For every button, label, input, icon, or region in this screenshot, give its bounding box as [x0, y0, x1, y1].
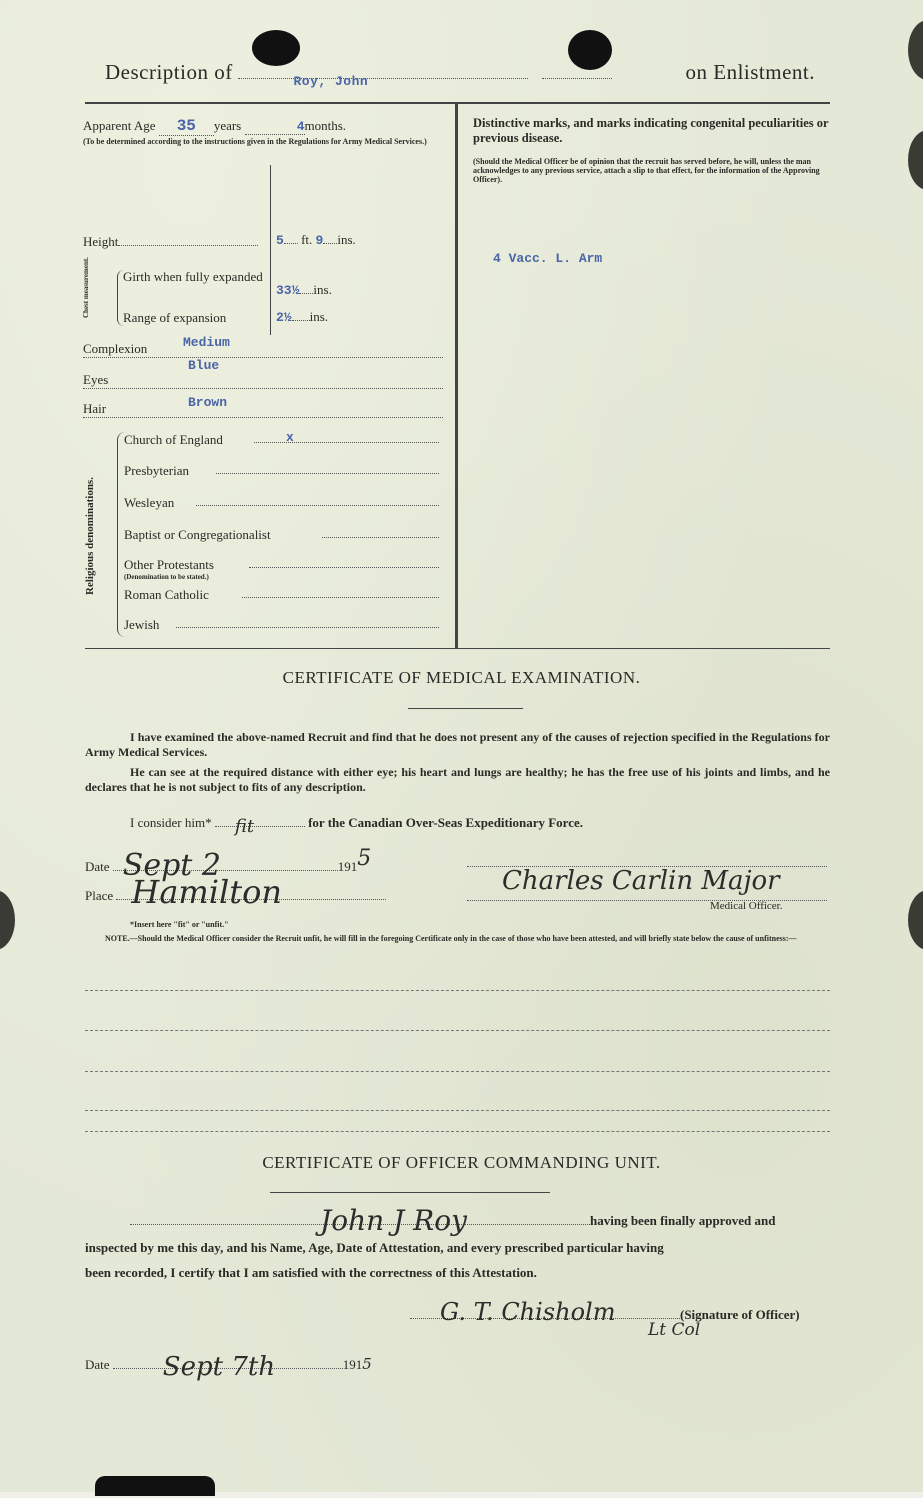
ink-blot [95, 1476, 215, 1496]
medical-officer-signature-line: Charles Carlin Major [467, 882, 827, 901]
marks-heading: Distinctive marks, and marks indicating … [473, 116, 833, 146]
age-years-value: 35 [177, 117, 196, 135]
religion-presbyterian: Presbyterian [124, 463, 439, 495]
fitness-row: I consider him* fit for the Canadian Ove… [130, 815, 583, 831]
age-note: (To be determined according to the instr… [83, 137, 443, 147]
religion-roman-catholic: Roman Catholic [124, 587, 439, 617]
girth-label: Girth when fully expanded [123, 268, 268, 285]
height-label: Height [83, 234, 268, 250]
religious-denominations-label: Religious denominations. [84, 475, 96, 595]
religion-list: Church of Englandx Presbyterian Wesleyan… [124, 432, 439, 637]
expansion-label: Range of expansion [123, 310, 226, 326]
medical-title-rule [408, 708, 523, 709]
chest-measurement-label: Chest measurement. [82, 263, 90, 318]
eyes-value: Blue [188, 358, 219, 373]
commanding-line-1: John J Royhaving been finally approved a… [130, 1213, 830, 1229]
binding-hole-1 [908, 20, 923, 80]
commanding-line-3: been recorded, I certify that I am satis… [85, 1265, 830, 1281]
medical-officer-title: Medical Officer. [710, 900, 783, 912]
medical-place-value: Hamilton [131, 873, 282, 911]
binding-hole-3 [0, 890, 15, 950]
unfitness-line-5[interactable] [85, 1131, 830, 1132]
marks-value: 4 Vacc. L. Arm [493, 251, 602, 266]
unfitness-line-3[interactable] [85, 1071, 830, 1072]
recruit-name: Roy, John [293, 74, 368, 89]
commanding-date-value: Sept 7th [163, 1352, 275, 1382]
medical-officer-signature: Charles Carlin Major [502, 866, 780, 896]
medical-para-1: I have examined the above-named Recruit … [85, 730, 830, 760]
religion-other-protestants: Other Protestants(Denomination to be sta… [124, 557, 439, 587]
hair-row: Hair Brown [83, 401, 443, 418]
unfitness-line-4[interactable] [85, 1110, 830, 1111]
religion-jewish: Jewish [124, 617, 439, 637]
age-months-value: 4 [297, 119, 305, 134]
girth-value: 33½ins. [276, 282, 332, 298]
marks-note: (Should the Medical Officer be of opinio… [473, 157, 828, 184]
medical-para-2: He can see at the required distance with… [85, 765, 830, 795]
commanding-signature-row: G. T. Chisholm(Signature of Officer) [410, 1307, 800, 1323]
eyes-row: Eyes Blue [83, 372, 443, 389]
unfitness-line-1[interactable] [85, 990, 830, 991]
main-column-divider [455, 104, 458, 649]
height-value: 5 ft. 9ins. [276, 232, 356, 248]
expansion-value: 2½ins. [276, 309, 328, 325]
commanding-certificate-title: CERTIFICATE OF OFFICER COMMANDING UNIT. [0, 1153, 923, 1173]
header-line: Description of Roy, John on Enlistment. [105, 60, 815, 85]
fitness-value: fit [235, 816, 254, 837]
fitness-footnote: *Insert here "fit" or "unfit." [130, 920, 229, 930]
complexion-row: Complexion Medium [83, 341, 443, 358]
religion-baptist: Baptist or Congregationalist [124, 527, 439, 557]
binding-hole-4 [908, 890, 923, 950]
commanding-date-row: Date Sept 7th1915 [85, 1355, 372, 1373]
commanding-officer-signature: G. T. Chisholm [440, 1298, 615, 1326]
header-prefix: Description of [105, 60, 233, 84]
hair-value: Brown [188, 395, 227, 410]
complexion-value: Medium [183, 335, 230, 350]
commanding-title-rule [270, 1192, 550, 1193]
recruit-signature: John J Roy [320, 1204, 467, 1237]
religion-church-of-england: Church of Englandx [124, 432, 439, 463]
commanding-line-2: inspected by me this day, and his Name, … [85, 1240, 830, 1256]
religion-wesleyan: Wesleyan [124, 495, 439, 527]
medical-place-row: Place Hamilton [85, 888, 386, 904]
section-bottom-rule [85, 648, 830, 649]
attestation-paper: Description of Roy, John on Enlistment. … [0, 0, 923, 1492]
apparent-age-row: Apparent Age 35years 4months. [83, 117, 443, 136]
medical-certificate-title: CERTIFICATE OF MEDICAL EXAMINATION. [0, 668, 923, 688]
header-suffix: on Enlistment. [686, 60, 816, 85]
value-column-divider [270, 165, 271, 335]
binding-hole-2 [908, 130, 923, 190]
commanding-officer-rank: Lt Col [648, 1320, 700, 1340]
medical-note: NOTE.—Should the Medical Officer conside… [85, 934, 830, 944]
unfitness-line-2[interactable] [85, 1030, 830, 1031]
